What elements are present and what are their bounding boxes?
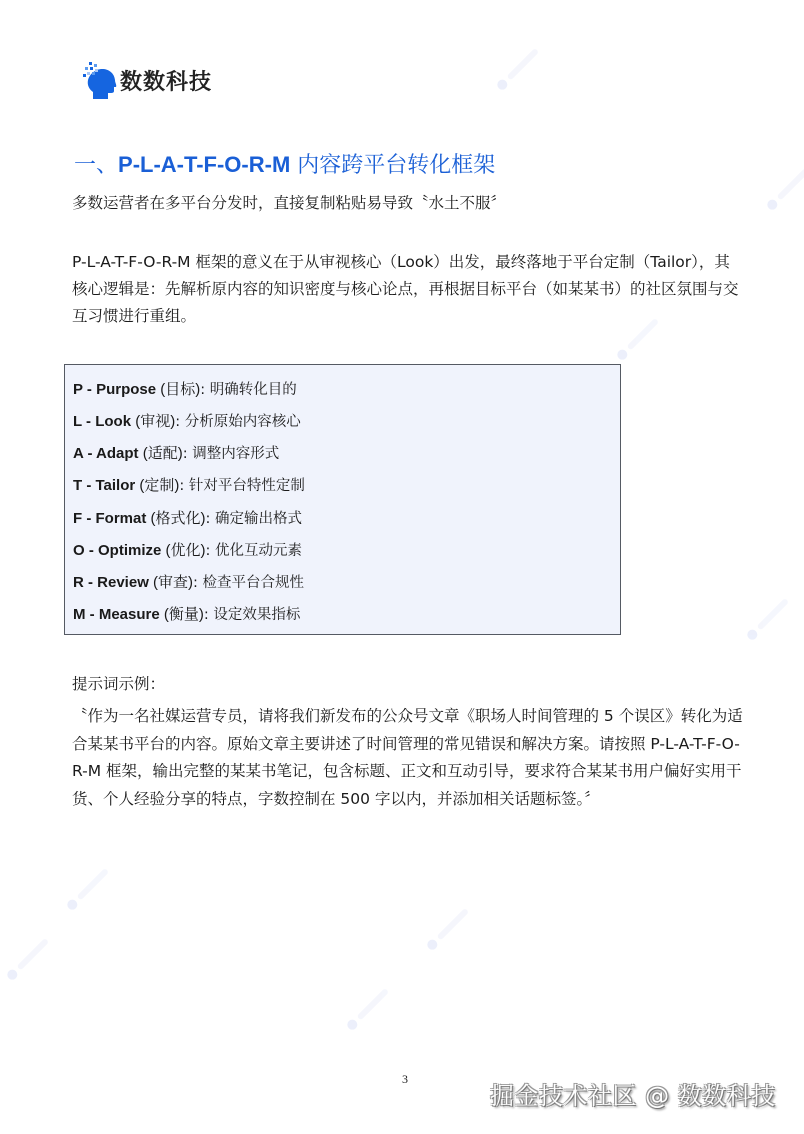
intro-paragraph: P-L-A-T-F-O-R-M 框架的意义在于从审视核心（Look）出发，最终落… (72, 249, 742, 330)
background-watermark (744, 591, 796, 643)
footer-watermark: 掘金技术社区 @ 数数科技 (490, 1076, 776, 1111)
section-heading: 一、P-L-A-T-F-O-R-M 内容跨平台转化框架 (74, 148, 495, 179)
heading-text: 内容跨平台转化框架 (290, 153, 495, 178)
background-watermark (424, 901, 476, 953)
page-number: 3 (402, 1072, 408, 1087)
prompt-example-text: 〝作为一名社媒运营专员，请将我们新发布的公众号文章《职场人时间管理的 5 个误区… (72, 703, 744, 813)
prompt-label: 提示词示例： (72, 672, 165, 694)
framework-item-look: L - Look (审视): 分析原始内容核心 (73, 410, 301, 431)
framework-box: P - Purpose (目标): 明确转化目的 L - Look (审视): … (64, 364, 621, 635)
company-name: 数数科技 (120, 65, 212, 96)
framework-item-review: R - Review (审查): 检查平台合规性 (73, 571, 304, 592)
intro-line: 多数运营者在多平台分发时，直接复制粘贴易导致〝水土不服〞 (72, 190, 732, 217)
company-logo: 数数科技 (83, 60, 212, 100)
framework-item-format: F - Format (格式化): 确定输出格式 (73, 507, 302, 528)
framework-item-optimize: O - Optimize (优化): 优化互动元素 (73, 539, 302, 560)
heading-prefix: 一、 (74, 153, 118, 178)
framework-item-tailor: T - Tailor (定制): 针对平台特性定制 (73, 474, 305, 495)
background-watermark (764, 161, 804, 213)
head-brain-icon (83, 61, 117, 99)
background-watermark (64, 861, 116, 913)
framework-item-adapt: A - Adapt (适配): 调整内容形式 (73, 442, 279, 463)
heading-acronym: P-L-A-T-F-O-R-M (118, 152, 290, 177)
framework-item-purpose: P - Purpose (目标): 明确转化目的 (73, 378, 297, 399)
background-watermark (494, 41, 546, 93)
background-watermark (344, 981, 396, 1033)
framework-item-measure: M - Measure (衡量): 设定效果指标 (73, 603, 300, 624)
background-watermark (4, 931, 56, 983)
